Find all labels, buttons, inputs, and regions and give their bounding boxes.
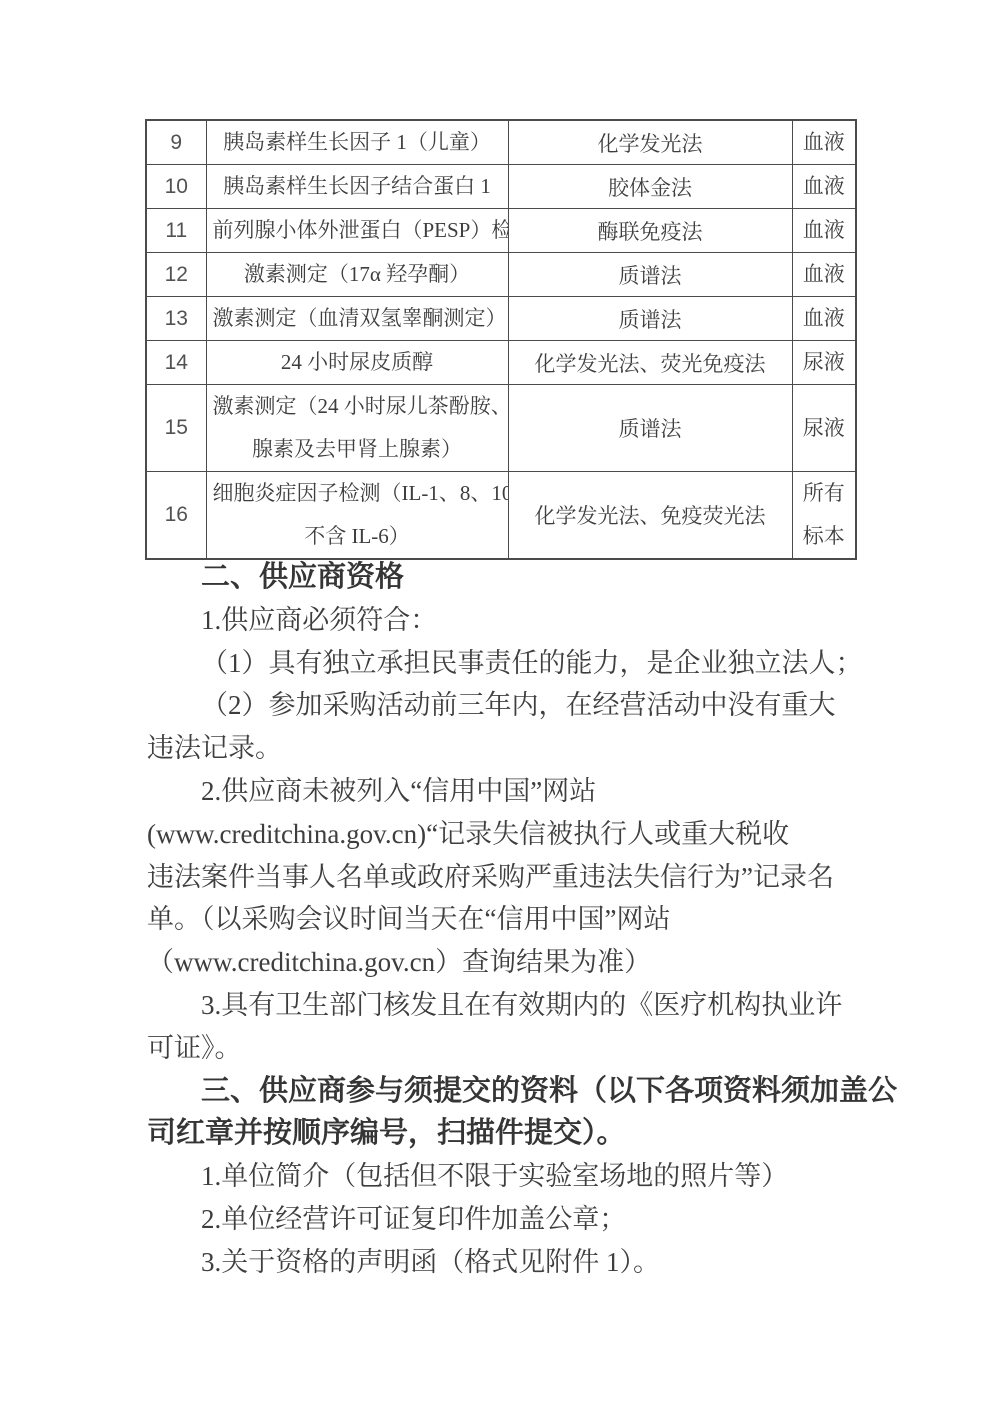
section-heading-3: 三、供应商参与须提交的资料（以下各项资料须加盖公 (147, 1070, 859, 1113)
sample-type: 血液 (799, 209, 850, 252)
item-name-cell: 激素测定（17α 羟孕酮） (206, 253, 508, 297)
method-cell: 化学发光法、免疫荧光法 (508, 472, 792, 560)
item-name: 24 小时尿皮质醇 (213, 341, 502, 384)
sample-type: 血液 (799, 253, 850, 296)
sample-type-line1: 所有 (799, 472, 850, 515)
method-cell: 质谱法 (508, 297, 792, 341)
paragraph-line: 2.单位经营许可证复印件加盖公章； (147, 1198, 859, 1241)
paragraph-line: （1）具有独立承担民事责任的能力，是企业独立法人； (147, 642, 859, 685)
paragraph-line: 可证》。 (147, 1027, 859, 1070)
item-name: 胰岛素样生长因子 1（儿童） (213, 121, 502, 164)
method-cell: 胶体金法 (508, 165, 792, 209)
table-row: 14 24 小时尿皮质醇 化学发光法、荧光免疫法 尿液 (146, 341, 856, 385)
paragraph-line: 违法案件当事人名单或政府采购严重违法失信行为”记录名 (147, 856, 859, 899)
row-number: 9 (146, 120, 206, 165)
row-number: 10 (146, 165, 206, 209)
paragraph-line: 1.单位简介（包括但不限于实验室场地的照片等） (147, 1155, 859, 1198)
sample-type-line2: 标本 (799, 515, 850, 558)
item-name: 前列腺小体外泄蛋白（PESP）检测 (213, 209, 502, 252)
item-name-cell: 激素测定（24 小时尿儿茶酚胺、肾上 腺素及去甲肾上腺素） (206, 385, 508, 472)
paragraph-line: 3.关于资格的声明函（格式见附件 1）。 (147, 1241, 859, 1284)
table-row: 13 激素测定（血清双氢睾酮测定） 质谱法 血液 (146, 297, 856, 341)
section-heading-3-cont: 司红章并按顺序编号，扫描件提交）。 (147, 1112, 859, 1155)
row-number: 15 (146, 385, 206, 472)
row-number: 12 (146, 253, 206, 297)
item-name-cell: 前列腺小体外泄蛋白（PESP）检测 (206, 209, 508, 253)
item-name-cell: 细胞炎症因子检测（IL-1、8、10 等， 不含 IL-6） (206, 472, 508, 560)
item-name-cell: 24 小时尿皮质醇 (206, 341, 508, 385)
sample-type: 尿液 (799, 407, 850, 450)
item-name-cell: 胰岛素样生长因子 1（儿童） (206, 120, 508, 165)
item-name-line2: 腺素及去甲肾上腺素） (213, 428, 502, 471)
sample-type-cell: 所有 标本 (792, 472, 856, 560)
sample-type: 血液 (799, 165, 850, 208)
row-number: 16 (146, 472, 206, 560)
method-cell: 化学发光法 (508, 120, 792, 165)
row-number: 13 (146, 297, 206, 341)
sample-type-cell: 血液 (792, 209, 856, 253)
sample-type-cell: 血液 (792, 297, 856, 341)
table-row: 10 胰岛素样生长因子结合蛋白 1 胶体金法 血液 (146, 165, 856, 209)
section-heading-2: 二、供应商资格 (147, 556, 859, 599)
item-name-cell: 胰岛素样生长因子结合蛋白 1 (206, 165, 508, 209)
table-row: 15 激素测定（24 小时尿儿茶酚胺、肾上 腺素及去甲肾上腺素） 质谱法 尿液 (146, 385, 856, 472)
sample-type: 血液 (799, 121, 850, 164)
sample-type-cell: 血液 (792, 165, 856, 209)
method-cell: 酶联免疫法 (508, 209, 792, 253)
item-name: 激素测定（血清双氢睾酮测定） (213, 297, 502, 340)
item-name-line1: 激素测定（24 小时尿儿茶酚胺、肾上 (213, 385, 502, 428)
method-cell: 化学发光法、荧光免疫法 (508, 341, 792, 385)
item-name-line1: 细胞炎症因子检测（IL-1、8、10 等， (213, 472, 502, 515)
item-name-line2: 不含 IL-6） (213, 515, 502, 558)
sample-type-cell: 尿液 (792, 385, 856, 472)
paragraph-line: 2.供应商未被列入“信用中国”网站 (147, 770, 859, 813)
paragraph-line: 违法记录。 (147, 727, 859, 770)
sample-type-cell: 血液 (792, 253, 856, 297)
table-row: 9 胰岛素样生长因子 1（儿童） 化学发光法 血液 (146, 120, 856, 165)
paragraph-line: 单。（以采购会议时间当天在“信用中国”网站 (147, 898, 859, 941)
document-page: 9 胰岛素样生长因子 1（儿童） 化学发光法 血液 10 胰岛素样生长因子结合蛋… (0, 0, 1000, 1414)
item-name: 胰岛素样生长因子结合蛋白 1 (213, 165, 502, 208)
row-number: 14 (146, 341, 206, 385)
method-cell: 质谱法 (508, 385, 792, 472)
test-items-table: 9 胰岛素样生长因子 1（儿童） 化学发光法 血液 10 胰岛素样生长因子结合蛋… (145, 119, 857, 560)
method-cell: 质谱法 (508, 253, 792, 297)
paragraph-line: （2）参加采购活动前三年内，在经营活动中没有重大 (147, 684, 859, 727)
paragraph-line: 3.具有卫生部门核发且在有效期内的《医疗机构执业许 (147, 984, 859, 1027)
paragraph-line: (www.creditchina.gov.cn)“记录失信被执行人或重大税收 (147, 813, 859, 856)
item-name: 激素测定（17α 羟孕酮） (213, 253, 502, 296)
item-name-cell: 激素测定（血清双氢睾酮测定） (206, 297, 508, 341)
row-number: 11 (146, 209, 206, 253)
table-row: 11 前列腺小体外泄蛋白（PESP）检测 酶联免疫法 血液 (146, 209, 856, 253)
body-text: 二、供应商资格 1.供应商必须符合： （1）具有独立承担民事责任的能力，是企业独… (147, 556, 859, 1284)
sample-type-cell: 血液 (792, 120, 856, 165)
sample-type: 血液 (799, 297, 850, 340)
sample-type-cell: 尿液 (792, 341, 856, 385)
paragraph-line: 1.供应商必须符合： (147, 599, 859, 642)
sample-type: 尿液 (799, 341, 850, 384)
table-row: 16 细胞炎症因子检测（IL-1、8、10 等， 不含 IL-6） 化学发光法、… (146, 472, 856, 560)
table-row: 12 激素测定（17α 羟孕酮） 质谱法 血液 (146, 253, 856, 297)
paragraph-line: （www.creditchina.gov.cn）查询结果为准） (147, 941, 859, 984)
